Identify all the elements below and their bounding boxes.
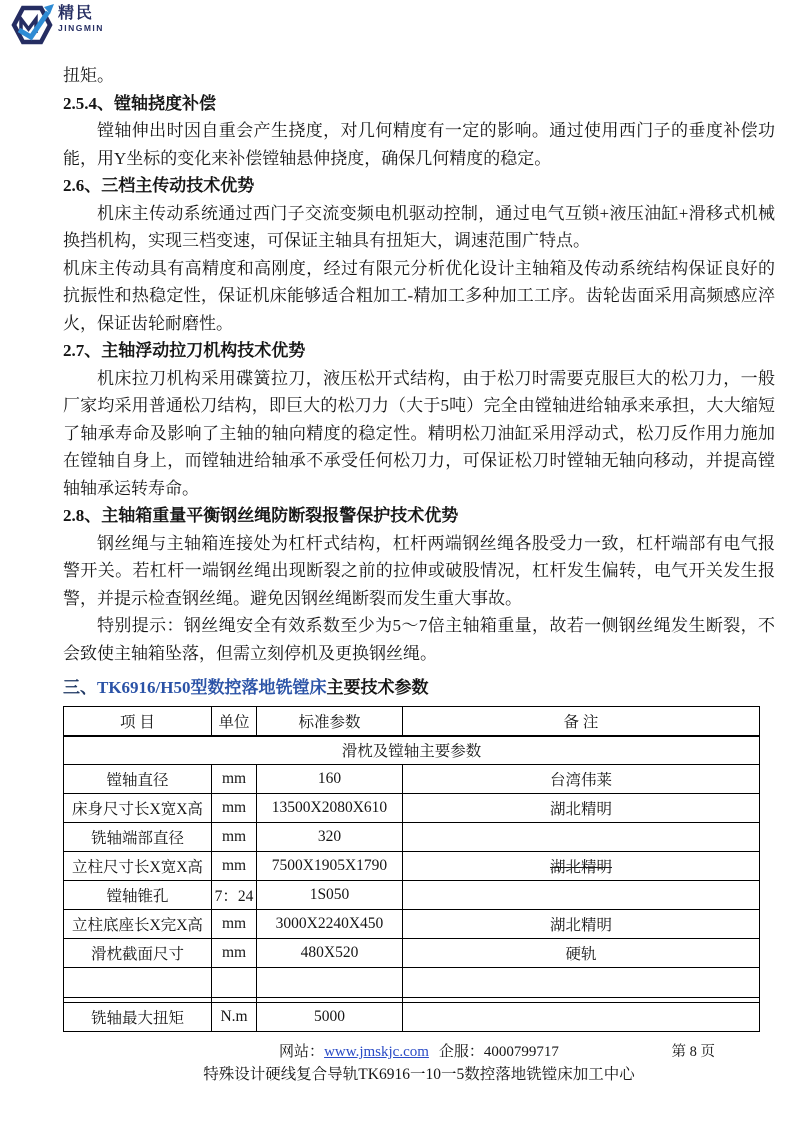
cell-remark: 湖北精明	[403, 910, 760, 939]
table-row: 铣轴最大扭矩 N.m 5000	[64, 1003, 760, 1032]
table-row	[64, 968, 760, 998]
cell-unit: N.m	[212, 1003, 257, 1032]
section-text: 2.6、三档主传动技术优势	[63, 172, 775, 200]
column-header-item: 项 目	[64, 707, 212, 736]
cell-remark: 湖北精明	[403, 852, 760, 881]
column-header-standard: 标准参数	[257, 707, 403, 736]
table-row: 立柱尺寸长X宽X高 mm 7500X1905X1790 湖北精明	[64, 852, 760, 881]
cell-item: 滑枕截面尺寸	[64, 939, 212, 968]
section-text: 钢丝绳与主轴箱连接处为杠杆式结构，杠杆两端钢丝绳各股受力一致，杠杆端部有电气报警…	[63, 530, 775, 613]
section-text: 机床拉刀机构采用碟簧拉刀，液压松开式结构，由于松刀时需要克服巨大的松刀力，一般厂…	[63, 365, 775, 503]
section-text: 2.7、主轴浮动拉刀机构技术优势	[63, 337, 775, 365]
footer-contact-line: 网站：www.jmskjc.com企服：4000799717 第 8 页	[63, 1041, 775, 1063]
cell-item: 立柱尺寸长X宽X高	[64, 852, 212, 881]
table-row: 镗轴直径 mm 160 台湾伟莱	[64, 765, 760, 794]
params-heading-model: TK6916/H50型数控落地铣镗床	[97, 678, 327, 697]
section-text: 2.5.4、镗轴挠度补偿	[63, 90, 775, 118]
cell-value: 13500X2080X610	[257, 794, 403, 823]
table-row: 镗轴锥孔 7：24 1S050	[64, 881, 760, 910]
cell-unit: mm	[212, 794, 257, 823]
body-sections: 扭矩。 2.5.4、镗轴挠度补偿 镗轴伸出时因自重会产生挠度，对几何精度有一定的…	[63, 62, 775, 667]
company-logo: 精民 JINGMIN	[10, 4, 104, 51]
cell-value: 3000X2240X450	[257, 910, 403, 939]
logo-text: 精民 JINGMIN	[58, 4, 104, 33]
logo-text-cn: 精民	[58, 6, 104, 22]
cell-remark	[403, 1003, 760, 1032]
cell-unit: mm	[212, 910, 257, 939]
document-body: 扭矩。 2.5.4、镗轴挠度补偿 镗轴伸出时因自重会产生挠度，对几何精度有一定的…	[0, 0, 800, 1086]
cell-value: 480X520	[257, 939, 403, 968]
document-page: 精民 JINGMIN 扭矩。 2.5.4、镗轴挠度补偿 镗轴伸出时因自重会产生挠…	[0, 0, 800, 1133]
cell-value: 5000	[257, 1003, 403, 1032]
page-footer: 网站：www.jmskjc.com企服：4000799717 第 8 页 特殊设…	[63, 1041, 775, 1086]
params-heading-number: 三、	[63, 678, 97, 697]
logo-hexagon-icon	[10, 4, 54, 51]
page-number: 第 8 页	[672, 1041, 716, 1063]
cell-unit: 7：24	[212, 881, 257, 910]
website-link[interactable]: www.jmskjc.com	[324, 1044, 429, 1060]
cell-item: 铣轴端部直径	[64, 823, 212, 852]
column-header-unit: 单位	[212, 707, 257, 736]
cell-remark: 硬轨	[403, 939, 760, 968]
table-header-row: 项 目 单位 标准参数 备 注	[64, 707, 760, 736]
table-section-row: 滑枕及镗轴主要参数	[64, 736, 760, 765]
section-text: 机床主传动具有高精度和高刚度，经过有限元分析优化设计主轴箱及传动系统结构保证良好…	[63, 255, 775, 338]
section-text: 扭矩。	[63, 62, 775, 90]
section-text: 镗轴伸出时因自重会产生挠度，对几何精度有一定的影响。通过使用西门子的垂度补偿功能…	[63, 117, 775, 172]
cell-unit: mm	[212, 823, 257, 852]
table-row: 床身尺寸长X宽X高 mm 13500X2080X610 湖北精明	[64, 794, 760, 823]
cell-item: 镗轴直径	[64, 765, 212, 794]
cell-item	[64, 968, 212, 998]
params-section-heading: 三、TK6916/H50型数控落地铣镗床主要技术参数	[63, 675, 775, 701]
cell-value	[257, 968, 403, 998]
cell-item: 立柱底座长X完X高	[64, 910, 212, 939]
cell-value: 7500X1905X1790	[257, 852, 403, 881]
section-text: 特别提示：钢丝绳安全有效系数至少为5～7倍主轴箱重量，故若一侧钢丝绳发生断裂，不…	[63, 612, 775, 667]
footer-tagline: 特殊设计硬线复合导轨TK6916一10一5数控落地铣镗床加工中心	[63, 1063, 775, 1086]
cell-item: 床身尺寸长X宽X高	[64, 794, 212, 823]
table-section-title: 滑枕及镗轴主要参数	[64, 736, 760, 765]
cell-unit	[212, 968, 257, 998]
table-row: 铣轴端部直径 mm 320	[64, 823, 760, 852]
cell-remark	[403, 968, 760, 998]
cell-item: 铣轴最大扭矩	[64, 1003, 212, 1032]
cell-value: 160	[257, 765, 403, 794]
column-header-remark: 备 注	[403, 707, 760, 736]
params-table: 项 目 单位 标准参数 备 注 滑枕及镗轴主要参数 镗轴直径 mm 160	[63, 706, 760, 1032]
service-phone: 企服：4000799717	[439, 1044, 559, 1060]
table-row: 立柱底座长X完X高 mm 3000X2240X450 湖北精明	[64, 910, 760, 939]
section-text: 机床主传动系统通过西门子交流变频电机驱动控制，通过电气互锁+液压油缸+滑移式机械…	[63, 200, 775, 255]
website-label: 网站：	[279, 1044, 324, 1060]
cell-unit: mm	[212, 852, 257, 881]
section-text: 2.8、主轴箱重量平衡钢丝绳防断裂报警保护技术优势	[63, 502, 775, 530]
params-heading-suffix: 主要技术参数	[327, 678, 429, 697]
cell-item: 镗轴锥孔	[64, 881, 212, 910]
cell-unit: mm	[212, 939, 257, 968]
table-row: 滑枕截面尺寸 mm 480X520 硬轨	[64, 939, 760, 968]
cell-value: 1S050	[257, 881, 403, 910]
logo-text-en: JINGMIN	[58, 24, 104, 33]
cell-unit: mm	[212, 765, 257, 794]
cell-remark: 湖北精明	[403, 794, 760, 823]
cell-remark	[403, 823, 760, 852]
cell-remark: 台湾伟莱	[403, 765, 760, 794]
cell-remark	[403, 881, 760, 910]
cell-value: 320	[257, 823, 403, 852]
